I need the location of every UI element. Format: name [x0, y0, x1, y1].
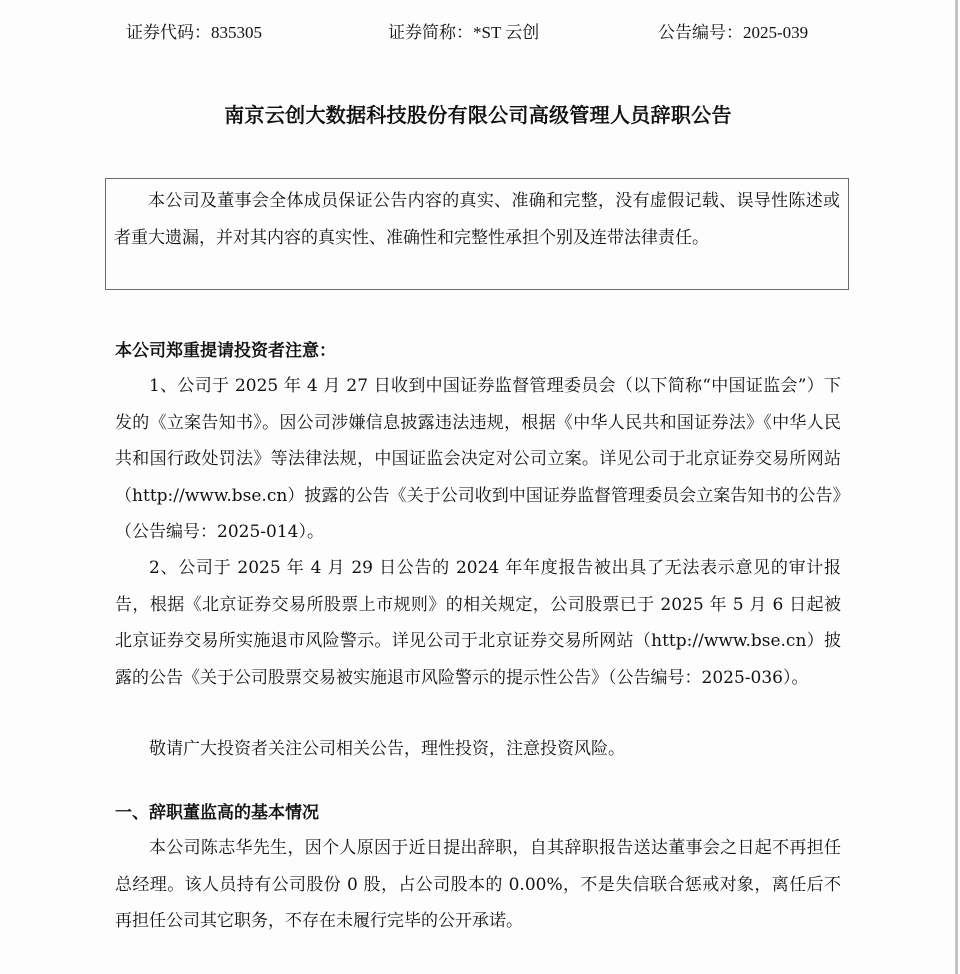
attention-item-1: 1、公司于 2025 年 4 月 27 日收到中国证券监督管理委员会（以下简称“… — [115, 368, 841, 551]
document-header: 证券代码：835305 证券简称：*ST 云创 公告编号：2025-039 — [0, 18, 956, 48]
disclaimer-box: 本公司及董事会全体成员保证公告内容的真实、准确和完整，没有虚假记载、误导性陈述或… — [105, 178, 849, 290]
attention-heading: 本公司郑重提请投资者注意： — [115, 333, 841, 370]
page-edge-scrollbar[interactable] — [955, 0, 958, 974]
disclaimer-text: 本公司及董事会全体成员保证公告内容的真实、准确和完整，没有虚假记载、误导性陈述或… — [114, 183, 840, 257]
section-body-text: 本公司陈志华先生，因个人原因于近日提出辞职，自其辞职报告送达董事会之日起不再担任… — [115, 830, 841, 940]
section-body: 本公司陈志华先生，因个人原因于近日提出辞职，自其辞职报告送达董事会之日起不再担任… — [115, 830, 841, 940]
security-abbreviation: 证券简称：*ST 云创 — [388, 18, 539, 43]
attention-item-text: 2、公司于 2025 年 4 月 29 日公告的 2024 年年度报告被出具了无… — [115, 550, 841, 696]
security-code: 证券代码：835305 — [126, 18, 262, 43]
attention-item-text: 1、公司于 2025 年 4 月 27 日收到中国证券监督管理委员会（以下简称“… — [115, 368, 841, 551]
section-heading: 一、辞职董监高的基本情况 — [115, 795, 841, 832]
document-page: 证券代码：835305 证券简称：*ST 云创 公告编号：2025-039 南京… — [0, 0, 956, 974]
investor-reminder: 敬请广大投资者关注公司相关公告，理性投资，注意投资风险。 — [115, 731, 841, 768]
announcement-number: 公告编号：2025-039 — [658, 18, 808, 43]
reminder-text: 敬请广大投资者关注公司相关公告，理性投资，注意投资风险。 — [115, 731, 841, 768]
attention-item-2: 2、公司于 2025 年 4 月 29 日公告的 2024 年年度报告被出具了无… — [115, 550, 841, 696]
document-title: 南京云创大数据科技股份有限公司高级管理人员辞职公告 — [0, 99, 956, 128]
